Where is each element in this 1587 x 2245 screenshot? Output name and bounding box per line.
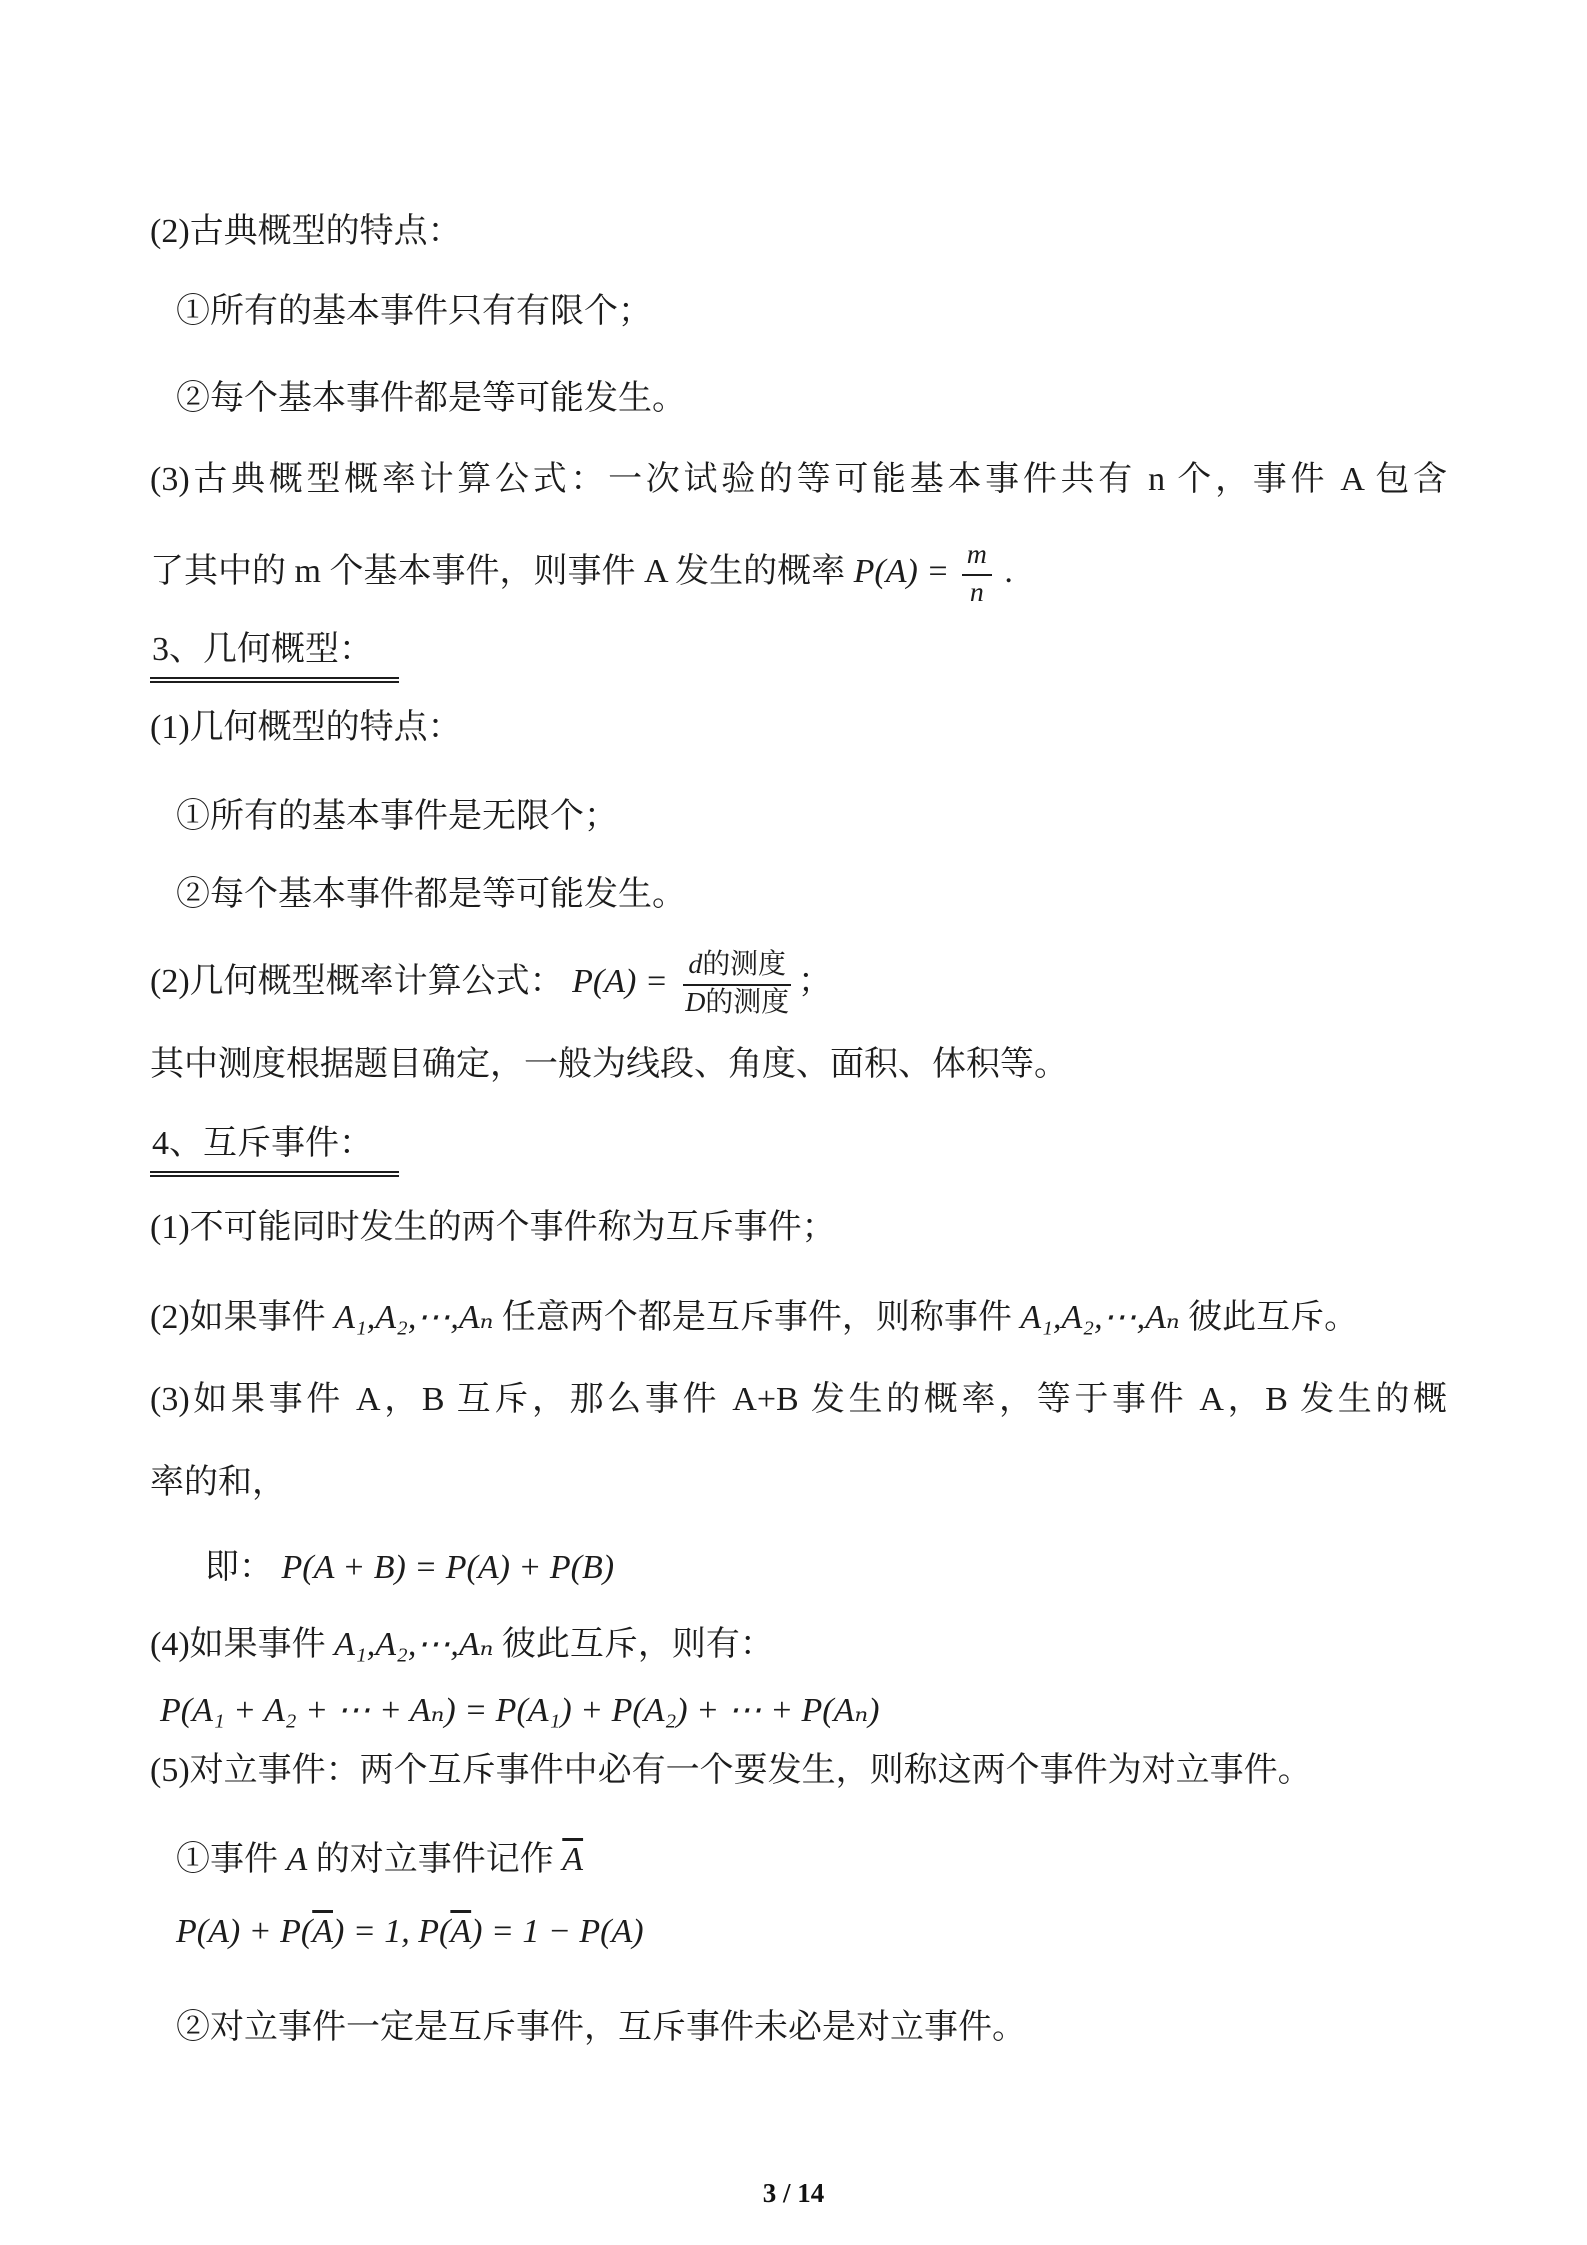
text-line: 率的和， — [150, 1461, 1447, 1506]
math-run: ) = 1, P( — [333, 1913, 450, 1950]
text-run: (3)古典概型概率计算公式：一次试验的等可能基本事件共有 n 个，事件 A 包含 — [150, 461, 1447, 498]
text-line: ②对立事件一定是互斥事件，互斥事件未必是对立事件。 — [150, 2006, 1447, 2051]
math-run: A₁,A₂,⋯,Aₙ — [334, 1626, 493, 1663]
fraction-numerator: m — [962, 538, 992, 576]
text-run: (5)对立事件：两个互斥事件中必有一个要发生，则称这两个事件为对立事件。 — [150, 1752, 1312, 1789]
text-run: 的对立事件记作 — [307, 1841, 562, 1878]
math-run: P(A) = — [854, 553, 958, 590]
text-run: 了其中的 m 个基本事件，则事件 A 发生的概率 — [150, 553, 854, 590]
text-run: (2)几何概型概率计算公式： — [150, 963, 572, 1000]
math-run: d — [688, 949, 702, 980]
math-run: P(A) = — [572, 963, 676, 1000]
math-run: P(A + B) = P(A) + P(B) — [282, 1549, 615, 1586]
math-run: A₁,A₂,⋯,Aₙ — [1020, 1299, 1179, 1336]
section-heading: 4、互斥事件： — [150, 1122, 1447, 1177]
text-run: 其中测度根据题目确定，一般为线段、角度、面积、体积等。 — [150, 1046, 1068, 1083]
text-line: (2)如果事件 A₁,A₂,⋯,Aₙ 任意两个都是互斥事件，则称事件 A₁,A₂… — [150, 1296, 1447, 1341]
math-run: P(A₁ + A₂ + ⋯ + Aₙ) = P(A₁) + P(A₂) + ⋯ … — [160, 1692, 879, 1729]
text-run: ； — [798, 963, 832, 1000]
text-run: 的测度 — [705, 987, 789, 1018]
heading-underlined-text: 3、几何概型： — [150, 628, 399, 683]
math-run: A — [562, 1841, 583, 1878]
text-run: 率的和， — [150, 1464, 286, 1501]
math-run: A — [450, 1913, 471, 1950]
text-run: 3、几何概型： — [152, 631, 373, 668]
math-run: A₁,A₂,⋯,Aₙ — [334, 1299, 493, 1336]
text-run: (3)如果事件 A，B 互斥，那么事件 A+B 发生的概率，等于事件 A，B 发… — [150, 1381, 1447, 1418]
fraction: mn — [962, 538, 992, 611]
text-line: (2)古典概型的特点： — [150, 210, 1447, 255]
text-line: (5)对立事件：两个互斥事件中必有一个要发生，则称这两个事件为对立事件。 — [150, 1749, 1447, 1794]
math-run: D — [685, 987, 705, 1018]
math-run: n — [970, 577, 984, 608]
math-run: m — [967, 539, 987, 570]
fraction-denominator: D的测度 — [680, 986, 794, 1021]
section-heading: 3、几何概型： — [150, 628, 1447, 683]
math-run: A — [312, 1913, 333, 1950]
text-line: P(A) + P(A) = 1, P(A) = 1 − P(A) — [150, 1910, 1447, 1955]
text-run: (1)几何概型的特点： — [150, 709, 462, 746]
text-line: (3)如果事件 A，B 互斥，那么事件 A+B 发生的概率，等于事件 A，B 发… — [150, 1378, 1447, 1423]
text-line: 即： P(A + B) = P(A) + P(B) — [150, 1546, 1447, 1591]
text-line: ②每个基本事件都是等可能发生。 — [150, 377, 1447, 422]
text-line: ①所有的基本事件只有有限个； — [150, 290, 1447, 335]
text-run: 即： — [205, 1549, 282, 1586]
text-line: ②每个基本事件都是等可能发生。 — [150, 873, 1447, 918]
heading-underlined-text: 4、互斥事件： — [150, 1122, 399, 1177]
text-run: 彼此互斥，则有： — [493, 1626, 774, 1663]
text-run: ①所有的基本事件只有有限个； — [176, 293, 652, 330]
document-page: (2)古典概型的特点：①所有的基本事件只有有限个；②每个基本事件都是等可能发生。… — [0, 0, 1587, 2245]
text-line: (1)不可能同时发生的两个事件称为互斥事件； — [150, 1206, 1447, 1251]
text-line: P(A₁ + A₂ + ⋯ + Aₙ) = P(A₁) + P(A₂) + ⋯ … — [150, 1689, 1447, 1734]
text-run: 任意两个都是互斥事件，则称事件 — [493, 1299, 1020, 1336]
math-run: ) = 1 − P(A) — [471, 1913, 643, 1950]
text-line: 其中测度根据题目确定，一般为线段、角度、面积、体积等。 — [150, 1043, 1447, 1088]
text-run: . — [996, 553, 1013, 590]
text-run: ②每个基本事件都是等可能发生。 — [176, 876, 686, 913]
fraction-numerator: d的测度 — [683, 948, 791, 986]
text-run: (1)不可能同时发生的两个事件称为互斥事件； — [150, 1209, 836, 1246]
page-number: 3 / 14 — [0, 2178, 1587, 2209]
text-line: (2)几何概型概率计算公式： P(A) = d的测度D的测度； — [150, 948, 1447, 1021]
text-line: (1)几何概型的特点： — [150, 706, 1447, 751]
text-run: ①事件 — [176, 1841, 287, 1878]
text-line: ①事件 A 的对立事件记作 A — [150, 1838, 1447, 1883]
text-line: (3)古典概型概率计算公式：一次试验的等可能基本事件共有 n 个，事件 A 包含 — [150, 458, 1447, 503]
fraction-denominator: n — [965, 576, 989, 611]
text-line: 了其中的 m 个基本事件，则事件 A 发生的概率 P(A) = mn . — [150, 538, 1447, 611]
math-run: P(A) + P( — [176, 1913, 312, 1950]
text-run: 4、互斥事件： — [152, 1125, 373, 1162]
text-run: 的测度 — [702, 949, 786, 980]
math-run: A — [287, 1841, 308, 1878]
text-run: ①所有的基本事件是无限个； — [176, 798, 618, 835]
text-run: ②对立事件一定是互斥事件，互斥事件未必是对立事件。 — [176, 2009, 1026, 2046]
text-run: ②每个基本事件都是等可能发生。 — [176, 380, 686, 417]
text-run: (4)如果事件 — [150, 1626, 334, 1663]
fraction: d的测度D的测度 — [680, 948, 794, 1021]
text-run: 彼此互斥。 — [1180, 1299, 1359, 1336]
document-content: (2)古典概型的特点：①所有的基本事件只有有限个；②每个基本事件都是等可能发生。… — [0, 0, 1587, 2245]
text-run: (2)古典概型的特点： — [150, 213, 462, 250]
text-line: (4)如果事件 A₁,A₂,⋯,Aₙ 彼此互斥，则有： — [150, 1623, 1447, 1668]
text-line: ①所有的基本事件是无限个； — [150, 795, 1447, 840]
text-run: (2)如果事件 — [150, 1299, 334, 1336]
